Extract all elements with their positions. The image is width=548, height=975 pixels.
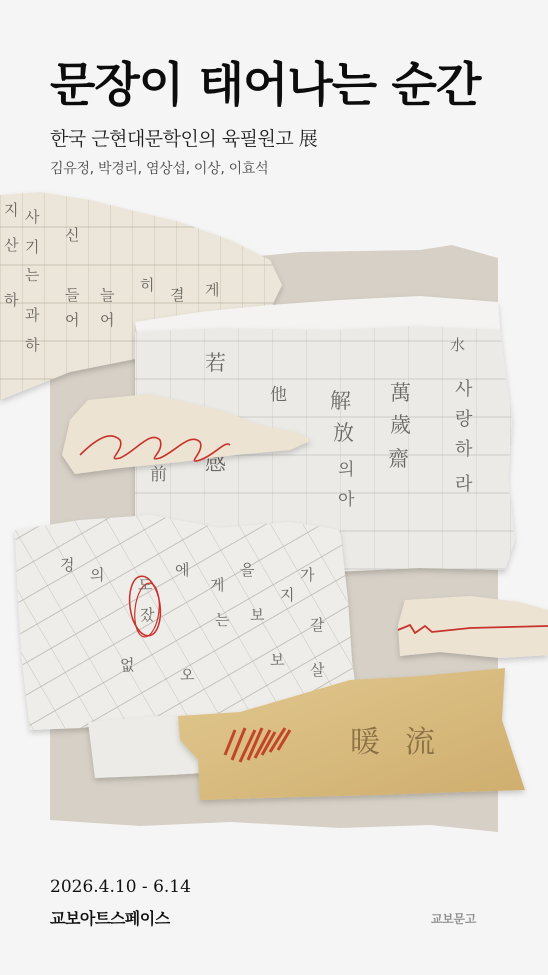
red-line-piece	[398, 596, 548, 658]
svg-text:살: 살	[310, 661, 325, 679]
svg-text:에: 에	[175, 561, 190, 579]
svg-text:갈: 갈	[310, 616, 325, 634]
svg-text:若: 若	[205, 351, 226, 375]
svg-text:사: 사	[455, 379, 473, 400]
svg-text:他: 他	[270, 385, 287, 405]
svg-text:산: 산	[4, 236, 19, 254]
svg-text:지: 지	[4, 201, 19, 219]
svg-text:지: 지	[280, 586, 295, 604]
svg-text:前: 前	[150, 465, 167, 485]
svg-text:의: 의	[338, 459, 354, 480]
svg-text:보: 보	[250, 606, 265, 624]
svg-text:기: 기	[25, 238, 40, 256]
svg-text:는: 는	[25, 266, 40, 284]
svg-text:히: 히	[140, 276, 155, 294]
svg-text:잤: 잤	[140, 606, 155, 624]
svg-text:결: 결	[170, 286, 185, 304]
svg-text:解: 解	[330, 389, 351, 413]
svg-text:게: 게	[210, 576, 225, 594]
svg-text:가: 가	[300, 566, 315, 584]
svg-text:라: 라	[455, 474, 473, 495]
svg-text:오: 오	[180, 666, 195, 684]
svg-text:겅: 겅	[60, 556, 75, 574]
svg-text:어: 어	[100, 311, 115, 329]
svg-text:을: 을	[240, 561, 255, 579]
svg-text:사: 사	[25, 208, 40, 226]
svg-text:어: 어	[65, 311, 80, 329]
svg-text:歲: 歲	[390, 413, 411, 437]
svg-text:랑: 랑	[455, 409, 473, 430]
svg-text:水: 水	[450, 336, 465, 354]
svg-text:게: 게	[205, 281, 220, 299]
svg-text:늘: 늘	[100, 286, 115, 304]
manuscript-collage: 사기는 신들어 늘어 지산하 과하 히결게 解放 의아 萬歲齋 사랑 하라 水 …	[0, 185, 548, 855]
svg-text:들: 들	[65, 286, 80, 304]
svg-text:아: 아	[338, 489, 355, 510]
svg-text:도: 도	[138, 576, 153, 594]
svg-text:는: 는	[215, 611, 230, 629]
svg-text:齋: 齋	[388, 447, 409, 471]
svg-text:流: 流	[405, 725, 435, 760]
poster-title: 문장이 태어나는 순간	[50, 48, 480, 115]
svg-text:없: 없	[120, 656, 135, 674]
svg-text:의: 의	[90, 566, 105, 584]
svg-text:萬: 萬	[390, 381, 411, 405]
exhibition-venue: 교보아트스페이스	[50, 906, 170, 929]
svg-text:하: 하	[25, 336, 40, 354]
svg-text:하: 하	[455, 439, 473, 460]
svg-text:신: 신	[65, 226, 80, 244]
poster-subtitle: 한국 근현대문학인의 육필원고 展	[50, 124, 317, 151]
exhibition-dates: 2026.4.10 - 6.14	[50, 877, 191, 897]
brand-logo: 교보문고	[431, 910, 476, 927]
svg-text:暖: 暖	[350, 725, 380, 760]
svg-text:과: 과	[25, 306, 40, 324]
svg-text:放: 放	[333, 421, 354, 445]
svg-text:하: 하	[4, 291, 19, 309]
author-list: 김유정, 박경리, 염상섭, 이상, 이효석	[50, 158, 268, 178]
svg-text:보: 보	[270, 651, 285, 669]
